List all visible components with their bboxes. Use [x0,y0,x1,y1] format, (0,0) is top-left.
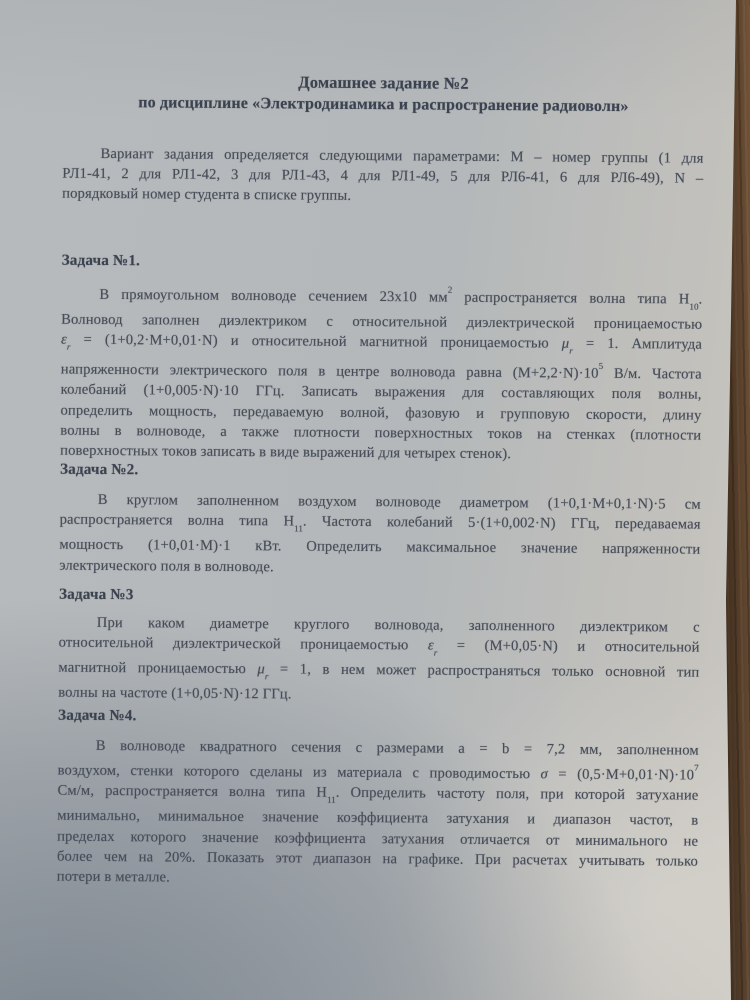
document-subtitle: по дисциплине «Электродинамика и распрос… [63,92,704,119]
task-3-heading: Задача №3 [59,585,700,610]
task-2-heading: Задача №2. [60,460,701,485]
task-4-heading: Задача №4. [58,706,699,731]
task-1-body: В прямоугольном волноводе сечением 23х10… [60,280,702,466]
document-body: Домашнее задание №2 по дисциплине «Элект… [56,0,705,1000]
task-4-body: В волноводе квадратного сечения с размер… [57,736,699,892]
text-line: В прямоугольном волноводе сечением 23х10… [61,280,702,315]
task-2-body: В круглом заполненном воздухом волноводе… [59,490,701,581]
task-1-heading: Задача №1. [62,251,703,276]
task-3-body: При каком диаметре круглого волновода, з… [58,613,700,709]
intro-paragraph: Вариант задания определяется следующими … [62,144,703,210]
paper-sheet: Домашнее задание №2 по дисциплине «Элект… [0,0,750,1000]
photo-background: Домашнее задание №2 по дисциплине «Элект… [0,0,750,1000]
